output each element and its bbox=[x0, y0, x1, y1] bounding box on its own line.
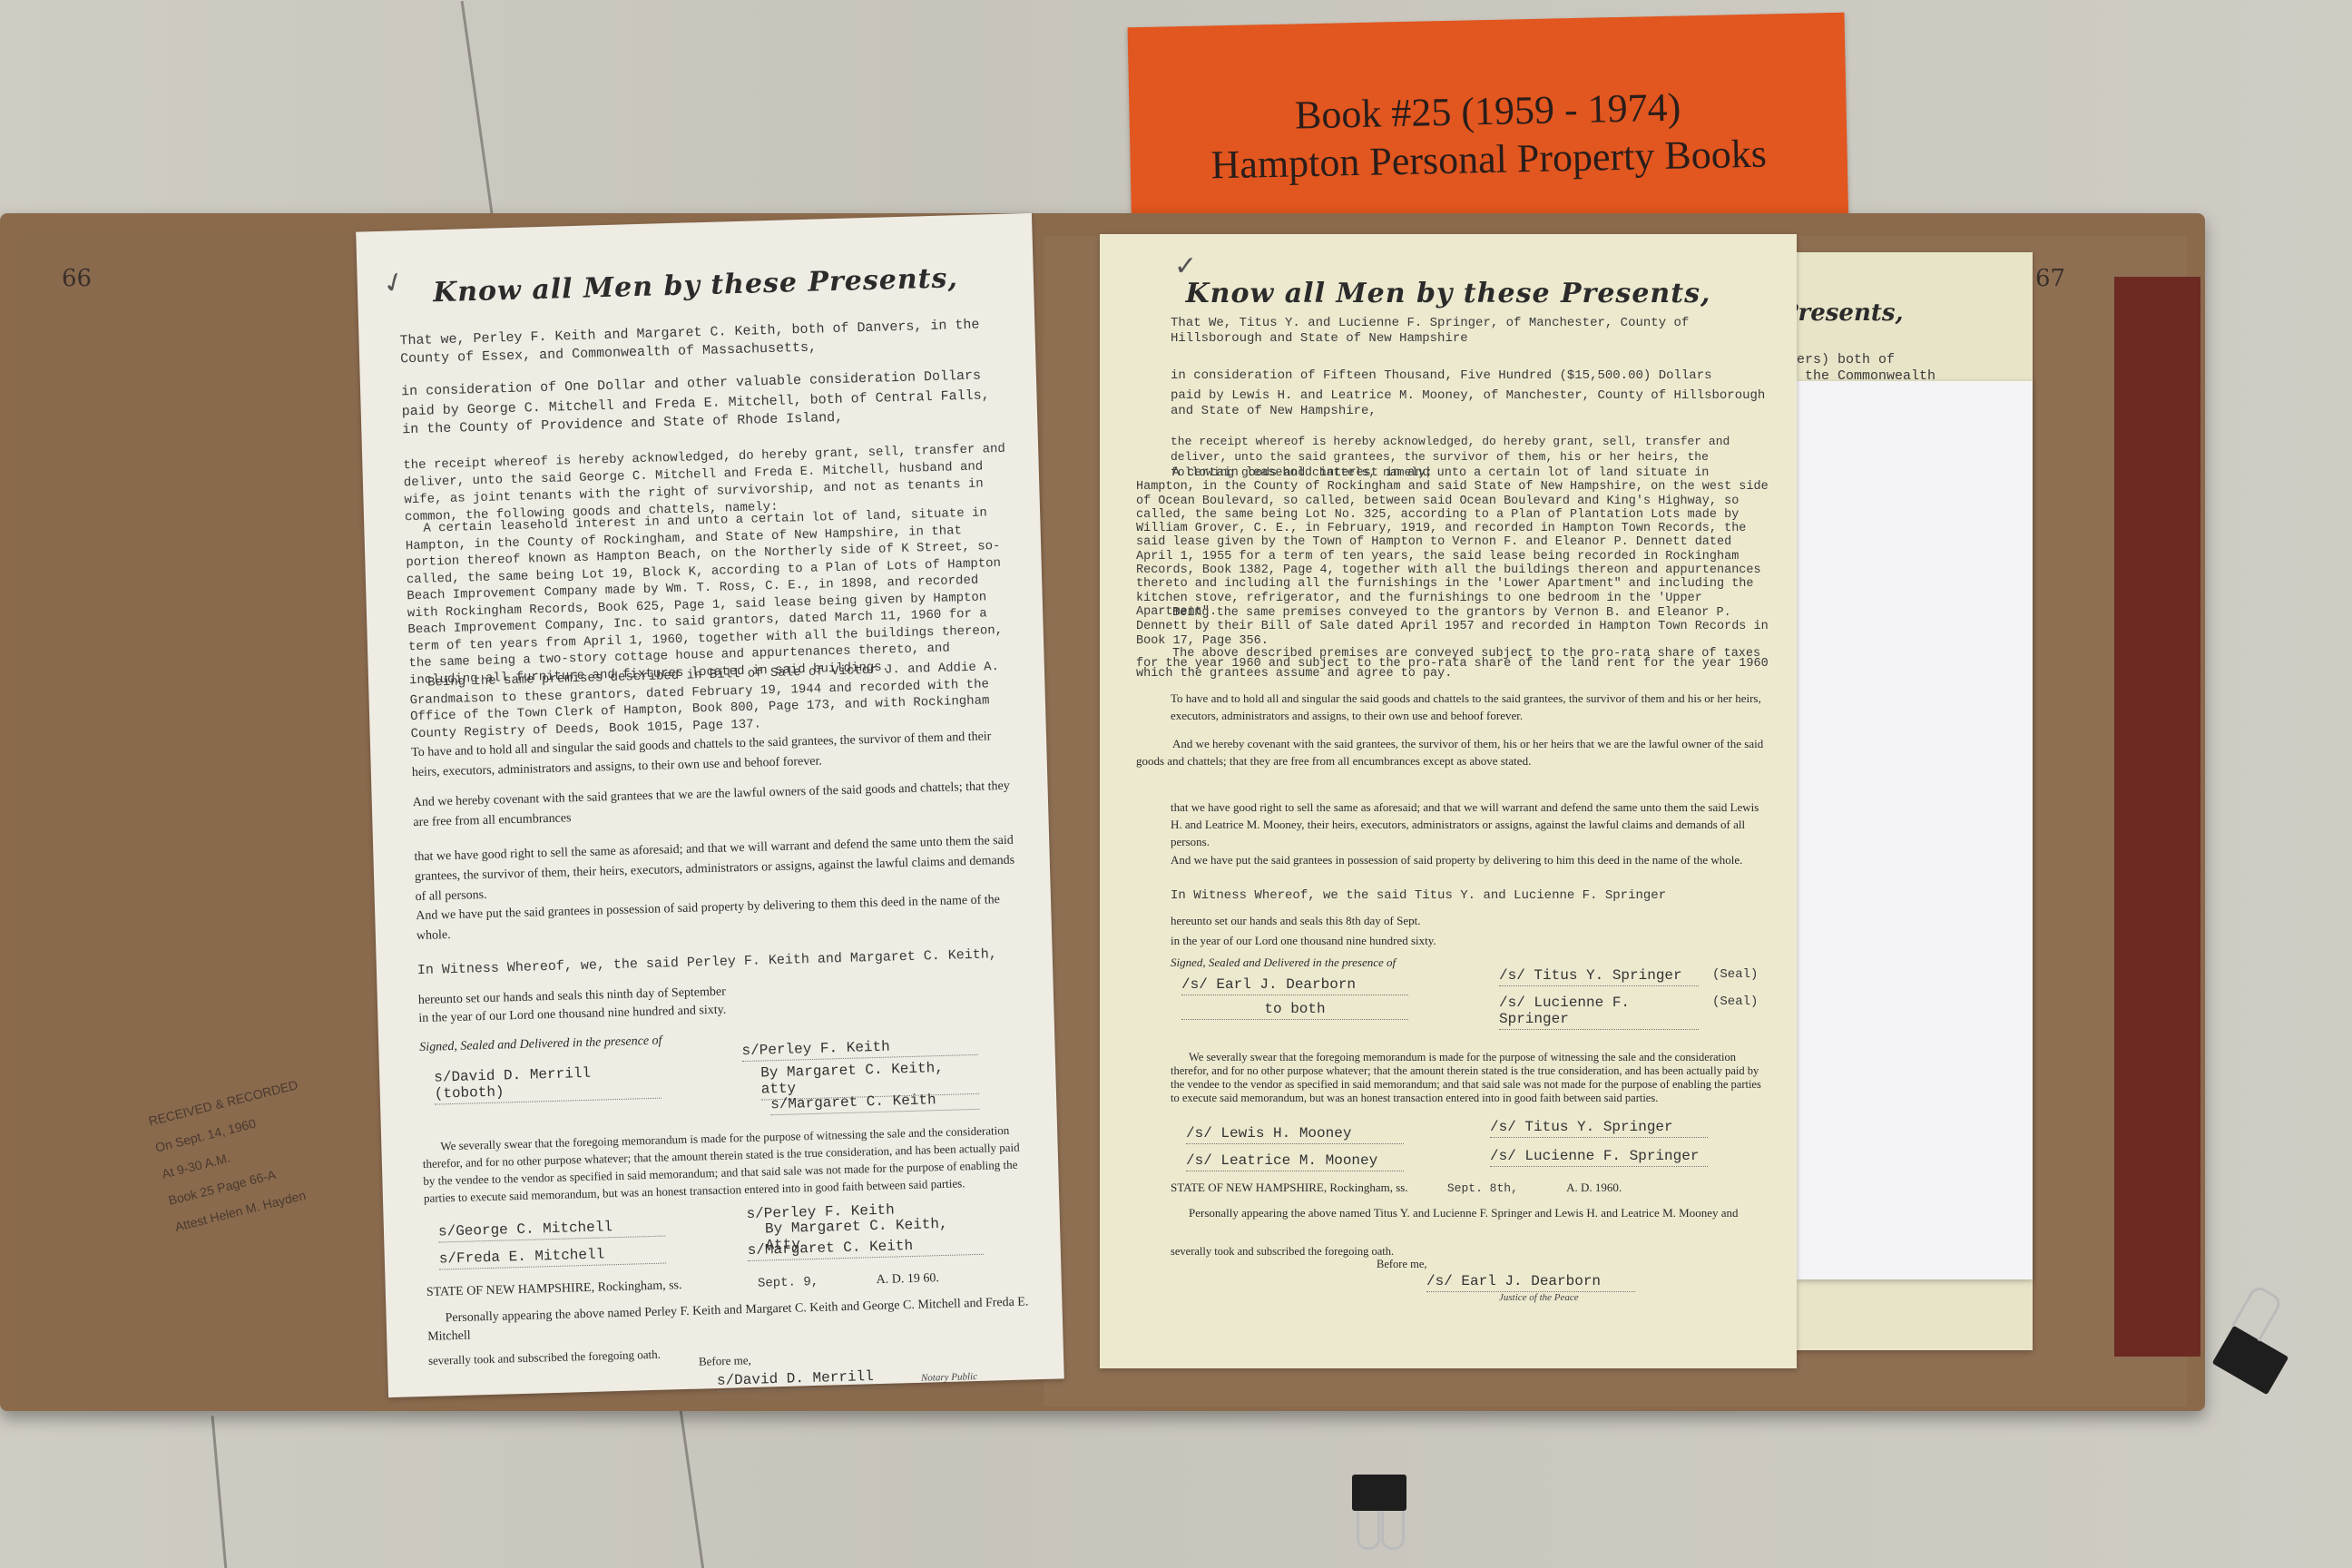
state-line: STATE OF NEW HAMPSHIRE, Rockingham, ss. … bbox=[1171, 1178, 1769, 1199]
back-sheet-line: sters) both of bbox=[1780, 352, 1895, 367]
warranty-clause: that we have good right to sell the same… bbox=[1171, 799, 1769, 850]
binder-clip-icon bbox=[1352, 1475, 1406, 1511]
oath-paragraph: We severally swear that the foregoing me… bbox=[1171, 1051, 1769, 1105]
subject-to-clause: The above described premises are conveye… bbox=[1136, 649, 1769, 679]
binder-clip-wire bbox=[1381, 1511, 1405, 1550]
possession-clause: And we have put the said grantees in pos… bbox=[1171, 851, 1769, 868]
covenant-clause: And we hereby covenant with the said gra… bbox=[1136, 735, 1769, 769]
in-witness-whereof: In Witness Whereof, we, the said Perley … bbox=[417, 944, 1025, 981]
handwritten-check-mark-icon: ✓ bbox=[1174, 250, 1197, 282]
right-deed-sheet: ✓ Know all Men by these Presents, That W… bbox=[1100, 234, 1797, 1368]
deed-title: Know all Men by these Presents, bbox=[358, 260, 1034, 311]
state-date: Sept. 8th, bbox=[1447, 1181, 1518, 1195]
property-description: A certain leasehold interest in and unto… bbox=[1136, 466, 1769, 619]
binder-label: Book #25 (1959 - 1974) Hampton Personal … bbox=[1128, 13, 1849, 245]
left-deed-sheet: ✓ Know all Men by these Presents, That w… bbox=[356, 213, 1064, 1397]
ad-year: A. D. 19 60. bbox=[876, 1271, 939, 1287]
back-sheet-title: Presents, bbox=[1780, 299, 1904, 327]
seal-mark: (Seal) bbox=[1712, 995, 1758, 1009]
oath-signature: /s/ Lewis H. Mooney bbox=[1186, 1125, 1404, 1144]
oath-paragraph: We severally swear that the foregoing me… bbox=[422, 1121, 1032, 1207]
habendum-clause: To have and to hold all and singular the… bbox=[1171, 690, 1769, 724]
in-witness-whereof: In Witness Whereof, we the said Titus Y.… bbox=[1171, 886, 1769, 906]
book-cover-edge bbox=[2114, 277, 2200, 1357]
before-me-label: Before me, bbox=[1377, 1258, 1427, 1271]
witness-note: to both bbox=[1181, 1001, 1408, 1020]
before-me-label: Before me, bbox=[699, 1353, 751, 1369]
prior-title: Being the same premises conveyed to the … bbox=[1136, 606, 1769, 648]
grantor-signature: /s/ Lucienne F. Springer bbox=[1499, 995, 1699, 1030]
date-line: hereunto set our hands and seals this 8t… bbox=[1171, 911, 1769, 931]
consideration-clause: in consideration of Fifteen Thousand, Fi… bbox=[1171, 366, 1769, 386]
state-venue: STATE OF NEW HAMPSHIRE, Rockingham, ss. bbox=[1171, 1181, 1408, 1194]
covenant-clause: And we hereby covenant with the said gra… bbox=[412, 776, 1021, 833]
seal-mark: (Seal) bbox=[1712, 967, 1758, 982]
oath-signature: /s/ Titus Y. Springer bbox=[1490, 1119, 1708, 1138]
oath-signature: s/Freda E. Mitchell bbox=[439, 1245, 666, 1270]
state-date: Sept. 9, bbox=[758, 1275, 819, 1291]
grantors-clause: That we, Perley F. Keith and Margaret C.… bbox=[399, 316, 1008, 369]
witness-signature: /s/ Earl J. Dearborn bbox=[1181, 976, 1408, 995]
witness-signature: s/David D. Merrill (toboth) bbox=[434, 1063, 661, 1105]
notary-title: Notary Public bbox=[921, 1371, 977, 1384]
oath-signature: /s/ Lucienne F. Springer bbox=[1490, 1148, 1708, 1167]
paid-by-clause: paid by Lewis H. and Leatrice M. Mooney,… bbox=[1171, 388, 1769, 419]
deed-title: Know all Men by these Presents, bbox=[1100, 278, 1797, 309]
page-number-right: 67 bbox=[2035, 265, 2065, 292]
binder-clip-wire bbox=[1357, 1511, 1380, 1550]
state-venue: STATE OF NEW HAMPSHIRE, Rockingham, ss. bbox=[426, 1279, 682, 1299]
oath-signature: s/George C. Mitchell bbox=[438, 1218, 665, 1243]
grantor-signature: /s/ Titus Y. Springer bbox=[1499, 967, 1699, 986]
took-oath-line: severally took and subscribed the forego… bbox=[1171, 1241, 1769, 1261]
justice-title: Justice of the Peace bbox=[1499, 1292, 1579, 1303]
year-line: in the year of our Lord one thousand nin… bbox=[1171, 931, 1769, 951]
page-number-left: 66 bbox=[62, 265, 92, 292]
appearing-clause: Personally appearing the above named Tit… bbox=[1171, 1205, 1769, 1220]
ad-year: A. D. 1960. bbox=[1566, 1181, 1622, 1194]
grantors-clause: That We, Titus Y. and Lucienne F. Spring… bbox=[1171, 316, 1769, 347]
blank-white-sheet bbox=[1797, 381, 2033, 1279]
justice-signature: /s/ Earl J. Dearborn bbox=[1426, 1273, 1635, 1292]
oath-signature: /s/ Leatrice M. Mooney bbox=[1186, 1152, 1404, 1171]
